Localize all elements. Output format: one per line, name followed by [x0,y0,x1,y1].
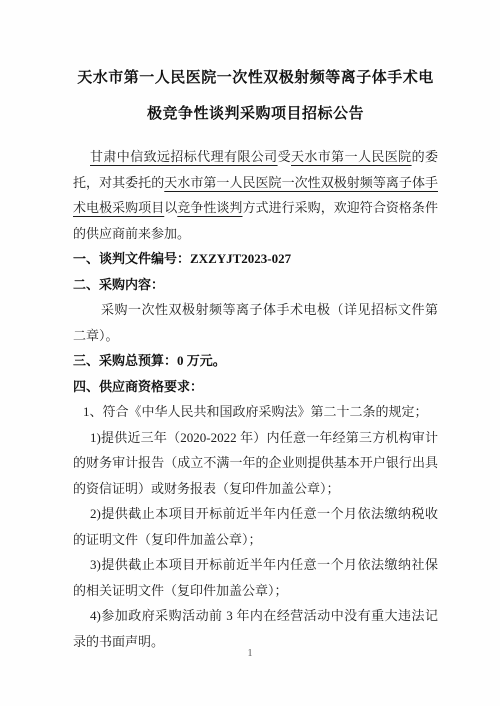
section-2-heading: 二、采购内容： [73,272,438,298]
intro-paragraph: 甘肃中信致远招标代理有限公司受天水市第一人民医院的委托，对其委托的天水市第一人民… [73,144,438,246]
qualification-subitem-3: 3)提供截止本项目开标前近半年内任意一个月依法缴纳社保的相关证明文件（复印件加盖… [73,552,438,603]
budget-value: 0 万元。 [177,353,226,368]
section-4-heading: 四、供应商资格要求： [73,374,438,400]
intro-segment: 受 [278,149,291,164]
qualification-subitem-2: 2)提供截止本项目开标前近半年内任意一个月依法缴纳税收的证明文件（复印件加盖公章… [73,501,438,552]
section-3-heading: 三、采购总预算：0 万元。 [73,348,438,374]
intro-segment: 以 [164,200,177,215]
intro-segment-method: 竞争性谈判 [177,200,242,215]
document-body: 甘肃中信致远招标代理有限公司受天水市第一人民医院的委托，对其委托的天水市第一人民… [73,144,438,654]
page-number: 1 [0,648,500,659]
document-page: 天水市第一人民医院一次性双极射频等离子体手术电极竞争性谈判采购项目招标公告 甘肃… [0,0,500,706]
page-title: 天水市第一人民医院一次性双极射频等离子体手术电极竞争性谈判采购项目招标公告 [73,60,438,132]
budget-label: 三、采购总预算： [73,353,177,368]
section-2-content: 采购一次性双极射频等离子体手术电极（详见招标文件第二章）。 [73,297,438,348]
qualification-item-1: 1、符合《中华人民共和国政府采购法》第二十二条的规定； [73,399,438,425]
qualification-subitem-4: 4)参加政府采购活动前 3 年内在经营活动中没有重大违法记录的书面声明。 [73,603,438,654]
intro-segment-hospital: 天水市第一人民医院 [291,149,412,164]
qualification-subitem-1: 1)提供近三年（2020-2022 年）内任意一年经第三方机构审计的财务审计报告… [73,425,438,502]
negotiation-file-number-value: ZXZYJT2023-027 [190,251,291,266]
intro-segment-agency: 甘肃中信致远招标代理有限公司 [90,149,278,164]
negotiation-file-number-label: 一、谈判文件编号： [73,251,190,266]
section-1-heading: 一、谈判文件编号：ZXZYJT2023-027 [73,246,438,272]
